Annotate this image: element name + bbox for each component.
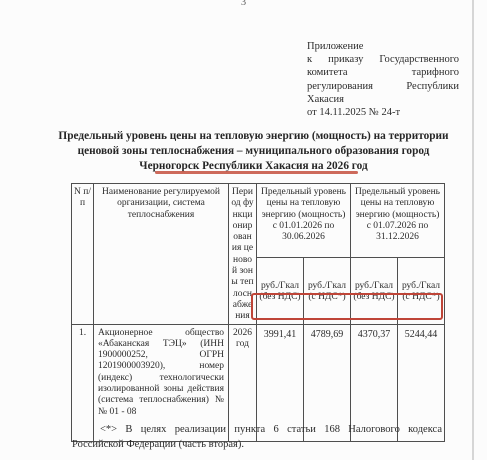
document-page: 3 Приложение к приказу Государственного … [0,0,487,460]
red-underline-annotation [155,171,358,174]
appendix-line: Хакасия [307,93,459,106]
col-header-price-first-half: Предельный уровень цены на тепловую энер… [257,184,351,258]
appendix-line: регулирования Республики [307,80,459,93]
appendix-line: к приказу Государственного [307,53,459,66]
page-number: 3 [0,0,487,8]
col-header-organization: Наименование регулируемой организации, с… [94,184,229,325]
red-box-annotation [251,293,443,320]
appendix-header-block: Приложение к приказу Государственного ко… [307,40,459,119]
document-title: Предельный уровень цены на тепловую энер… [55,129,452,173]
col-header-price-second-half: Предельный уровень цены на тепловую энер… [351,184,445,258]
appendix-line: Приложение [307,40,459,53]
document-title-line2: ценовой зоны теплоснабжения – муниципаль… [55,144,452,159]
document-title-line1: Предельный уровень цены на тепловую энер… [55,129,452,144]
scan-edge-line [472,0,474,460]
footnote: <*> В целях реализации пункта 6 статьи 1… [72,423,442,452]
appendix-line: от 14.11.2025 № 24-т [307,106,459,119]
appendix-line: комитета тарифного [307,66,459,79]
col-header-num: N п/п [72,184,94,325]
